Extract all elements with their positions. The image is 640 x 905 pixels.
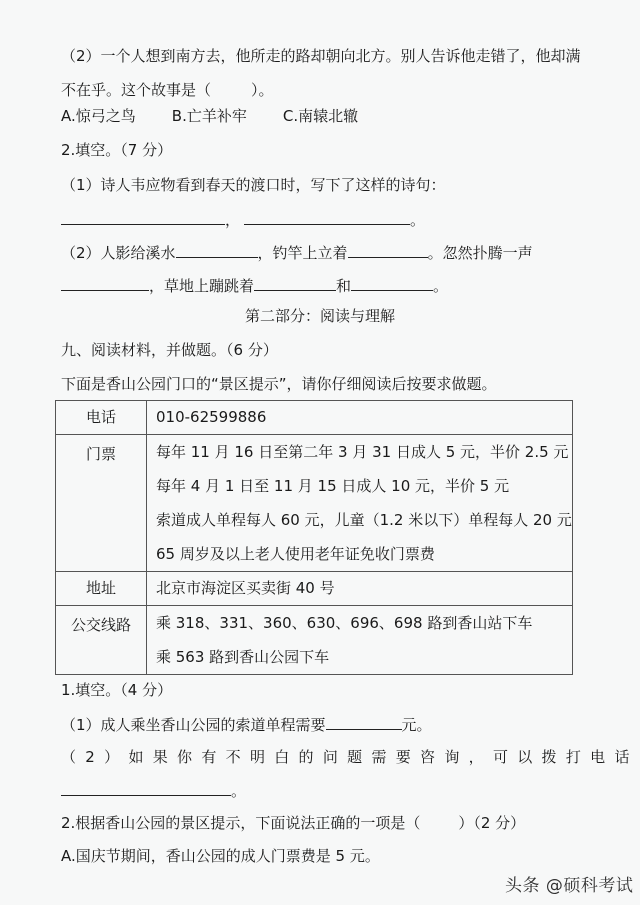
sub-question: （1）成人乘坐香山公园的索道单程需要元。 <box>61 714 432 735</box>
section-title: 2.填空。（7 分） <box>61 140 172 160</box>
section-title: 1.填空。（4 分） <box>61 680 172 700</box>
option-c: C.南辕北辙 <box>283 107 358 125</box>
row-label: 电话 <box>56 401 147 435</box>
question: 2.根据香山公园的景区提示，下面说法正确的一项是（）（2 分） <box>61 813 525 833</box>
answer-blank[interactable] <box>61 209 225 225</box>
answer-blank[interactable] <box>254 275 336 291</box>
bus-line: 乘 318、331、360、630、696、698 路到香山站下车 <box>156 606 572 640</box>
answer-blank[interactable] <box>61 275 149 291</box>
options-row: A.惊弓之鸟B.亡羊补牢C.南辕北辙 <box>61 106 358 126</box>
phone-value: 010-62599886 <box>156 401 572 434</box>
question-suffix: ）。 <box>251 81 274 99</box>
answer-blank[interactable] <box>326 714 402 730</box>
option-a: A.惊弓之鸟 <box>61 107 136 125</box>
table-row: 门票 每年 11 月 16 日至第二年 3 月 31 日成人 5 元，半价 2.… <box>56 435 573 572</box>
address-value: 北京市海淀区买卖街 40 号 <box>156 572 572 605</box>
option-a: A.国庆节期间，香山公园的成人门票费是 5 元。 <box>61 846 380 866</box>
row-label: 公交线路 <box>56 606 147 675</box>
part-heading: 第二部分：阅读与理解 <box>0 306 640 326</box>
table-row: 公交线路 乘 318、331、360、630、696、698 路到香山站下车 乘… <box>56 606 573 675</box>
question-text: （2）一个人想到南方去，他所走的路却朝向北方。别人告诉他走错了，他却满 <box>61 46 581 66</box>
table-row: 地址 北京市海淀区买卖街 40 号 <box>56 572 573 606</box>
ticket-line: 每年 11 月 16 日至第二年 3 月 31 日成人 5 元，半价 2.5 元 <box>156 435 572 469</box>
question-text-cont: 不在乎。这个故事是（）。 <box>61 80 274 100</box>
watermark: 头条 @硕科考试 <box>505 871 633 896</box>
table-row: 电话 010-62599886 <box>56 401 573 435</box>
ticket-line: 每年 4 月 1 日至 11 月 15 日成人 10 元，半价 5 元 <box>156 469 572 503</box>
sub-question: （2）人影给溪水，钓竿上立着。忽然扑腾一声 <box>61 242 533 263</box>
answer-blank[interactable] <box>351 275 433 291</box>
sub-question-cont: ，草地上蹦跳着和。 <box>61 275 448 296</box>
answer-blank[interactable] <box>348 242 428 258</box>
ticket-line: 65 周岁及以上老人使用老年证免收门票费 <box>156 537 572 571</box>
scenic-info-table: 电话 010-62599886 门票 每年 11 月 16 日至第二年 3 月 … <box>55 400 573 675</box>
answer-line: ，。 <box>61 209 425 230</box>
row-label: 地址 <box>56 572 147 606</box>
answer-blank[interactable] <box>176 242 258 258</box>
question-prefix: 不在乎。这个故事是（ <box>61 81 211 99</box>
row-label: 门票 <box>56 435 147 572</box>
question-heading: 九、阅读材料，并做题。（6 分） <box>61 340 278 360</box>
intro-text: 下面是香山公园门口的“景区提示”，请你仔细阅读后按要求做题。 <box>61 374 497 394</box>
answer-blank[interactable] <box>61 780 231 796</box>
answer-line: 。 <box>61 780 246 801</box>
sub-question: （1）诗人韦应物看到春天的渡口时，写下了这样的诗句： <box>61 175 446 195</box>
bus-line: 乘 563 路到香山公园下车 <box>156 640 572 674</box>
ticket-line: 索道成人单程每人 60 元，儿童（1.2 米以下）单程每人 20 元 <box>156 503 572 537</box>
sub-question: （2）如果你有不明白的问题需要咨询，可以拨打电话 <box>61 747 639 767</box>
option-b: B.亡羊补牢 <box>172 107 247 125</box>
answer-blank[interactable] <box>244 209 410 225</box>
